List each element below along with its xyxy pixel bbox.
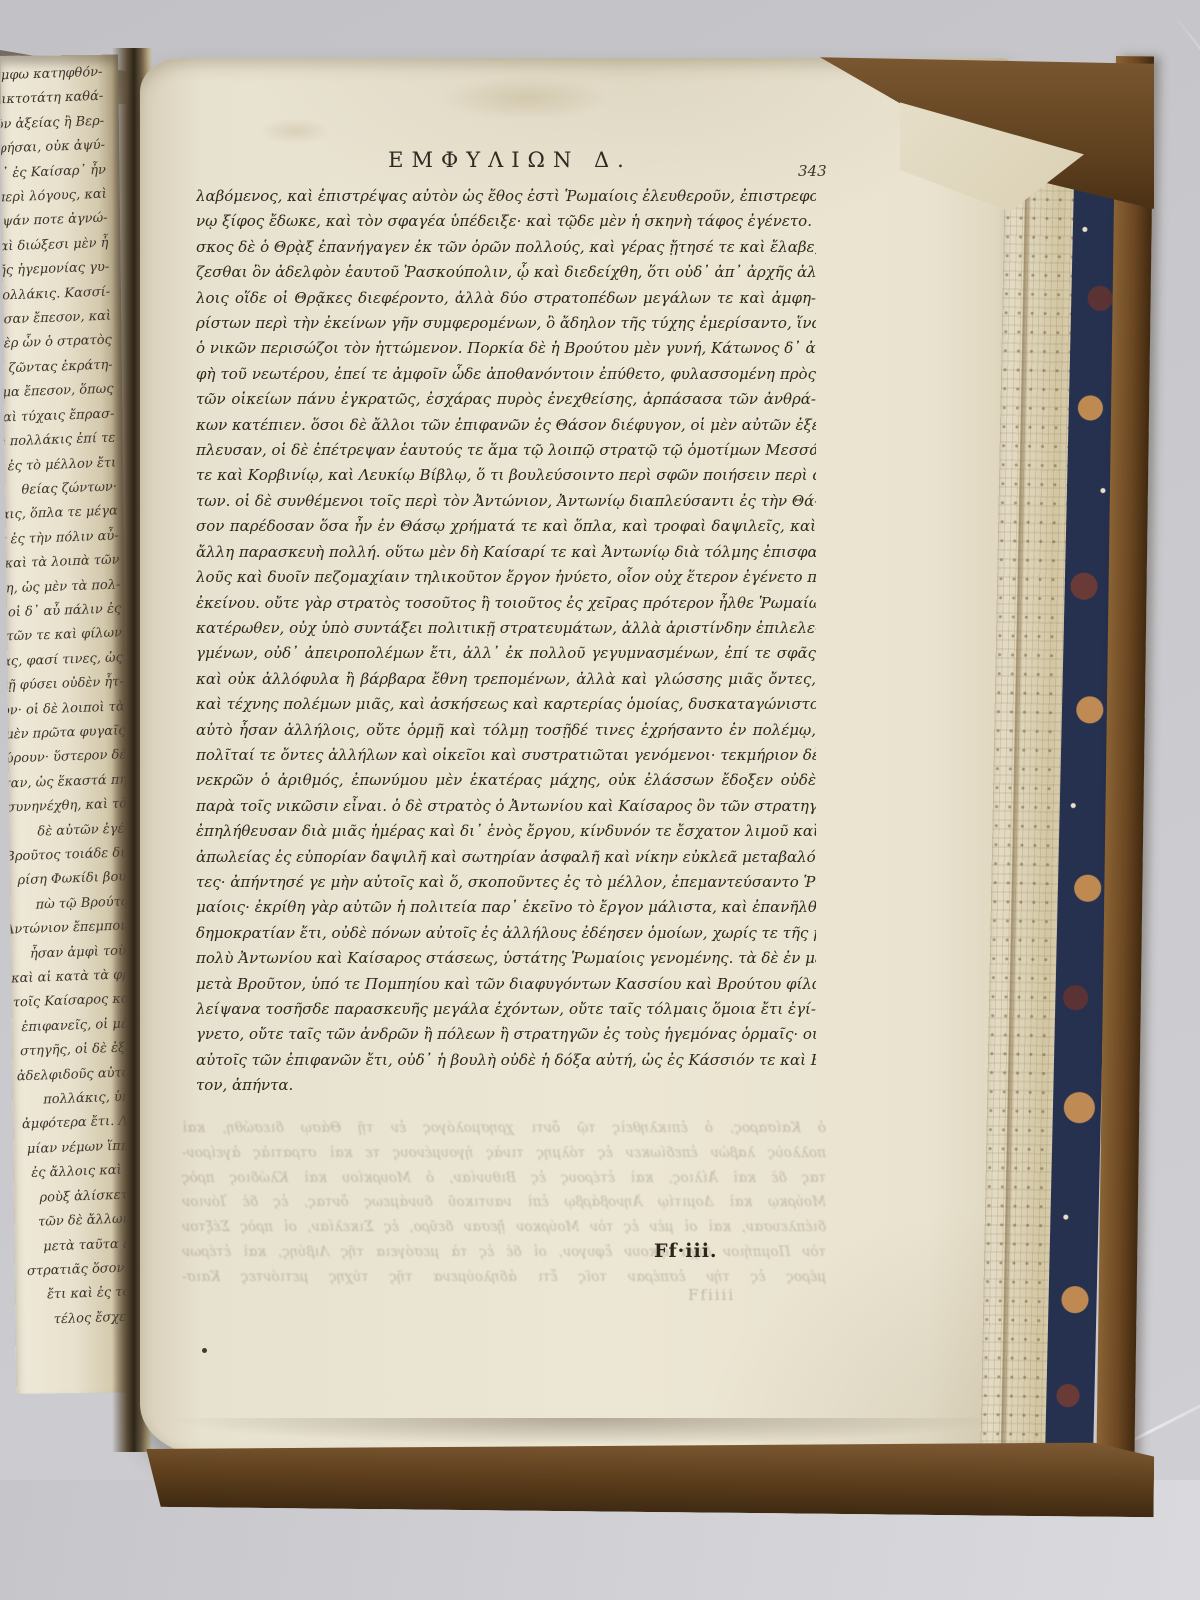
text-line: μετὰ Βροῦτον, ὑπό τε Πομπηίου καὶ τῶν δι… (196, 972, 816, 997)
text-line: τῶν οἰκείων πάνυ ἐγκρατῶς, ἐσχάρας πυρὸς… (196, 387, 816, 412)
text-line: ἐκείνου. οὔτε γὰρ στρατὸς τοσοῦτος ἢ τοι… (196, 591, 816, 616)
text-line: ρίστων περὶ τὴν ἐκείνων γῆν συμφερομένων… (196, 311, 816, 336)
text-line: σκος δὲ ὁ Θρᾲξ ἐπανήγαγεν ἐκ τῶν ὀρῶν πο… (196, 235, 816, 260)
ink-speck (202, 1348, 207, 1353)
text-line: πολῖταί τε ὄντες ἀλλήλων καὶ οἰκεῖοι καὶ… (196, 743, 816, 768)
show-through-text: ὁ Καίσαρος, ὁ ἐπικληθεὶς τῷ ὄντι χρησμολ… (182, 1116, 826, 1290)
text-line: καὶ οὐκ ἀλλόφυλα ἢ βάρβαρα ἔθνη τρεπομέν… (196, 667, 816, 692)
text-line: ἐπηλήθευσαν διὰ μιᾶς ἡμέρας καὶ δι᾽ ἑνὸς… (196, 819, 816, 844)
text-line: τον, ἀπήντα. (196, 1073, 816, 1098)
wall-scratch (1172, 13, 1200, 109)
running-header: ΕΜΦΥΛΙΩΝ Δ. (330, 148, 690, 172)
text-line: καὶ τέχνης πολέμων μιᾶς, καὶ ἀσκήσεως κα… (196, 692, 816, 717)
show-through-line: διέπλευσαν, καὶ οἱ μὲν ἐς τὸν Μούρκον ᾔε… (182, 1215, 826, 1240)
text-line: πλευσαν, οἱ δὲ ἐπέτρεψαν ἑαυτούς τε ἅμα … (196, 438, 816, 463)
text-line: γμένων, οὐδ᾽ ἀπειροπολέμων ἔτι, ἀλλ᾽ ἐκ … (196, 641, 816, 666)
show-through-line: πολλοὺς λαβὼν ἐπεδίωκεν ἐς τόλμης τινὰς … (182, 1141, 826, 1166)
text-line: τε καὶ Κορβινίῳ, καὶ Λευκίῳ Βίβλῳ, ὅ τι … (196, 463, 816, 488)
text-line: αὐτοῖς τῶν ἐπιφανῶν ἔτι, οὐδ᾽ ἡ βουλὴ οὐ… (196, 1048, 816, 1073)
text-line: νῳ ξίφος ἔδωκε, καὶ τὸν σφαγέα ὑπέδειξε·… (196, 209, 816, 234)
text-line: μαίοις· ἐκρίθη γὰρ αὐτῶν ἡ πολιτεία παρ᾽… (196, 895, 816, 920)
page-number: 343 (798, 162, 827, 180)
text-line: παρὰ τοῖς νικῶσιν εἶναι. ὁ δὲ στρατὸς ὁ … (196, 794, 816, 819)
show-through-line: ὁ Καίσαρος, ὁ ἐπικληθεὶς τῷ ὄντι χρησμολ… (182, 1116, 826, 1141)
show-through-line: Μούρκῳ καὶ Δομιτίῳ Ἀηνοβάρβῳ ἐπὶ ναυτικο… (182, 1190, 826, 1215)
text-line: ζεσθαι ὃν ἀδελφὸν ἑαυτοῦ Ῥασκούπολιν, ᾧ … (196, 260, 816, 285)
text-line: λοις οἵδε οἱ Θρᾷκες διεφέροντο, ἀλλὰ δύο… (196, 286, 816, 311)
photo-of-open-book: θὰ, ἄμφω κατηφθόν-ας ἀμικτοτάτη καθά-μῶν… (0, 0, 1200, 1600)
text-line: λοῦς καὶ δυοῖν πεζομαχίαιν τηλικοῦτον ἔρ… (196, 565, 816, 590)
greek-body-text: λαβόμενος, καὶ ἐπιστρέψας αὐτὸν ὡς ἔθος … (196, 184, 816, 1099)
text-line: φὴ τοῦ νεωτέρου, ἐπεί τε ἀμφοῖν ὧδε ἀποθ… (196, 362, 816, 387)
text-line: νεκρῶν ὁ ἀριθμός, ἐπωνύμου μὲν ἑκατέρας … (196, 768, 816, 793)
show-through-line: τας δὲ καὶ Ἀίλιος, καὶ ἑτέρους ἐς Βιθυνί… (182, 1166, 826, 1191)
text-line: τες· ἀπήντησέ γε μὴν αὐτοῖς καὶ ὅ, σκοπο… (196, 870, 816, 895)
text-line: αὐτὸ ἦσαν ἀλλήλοις, οὔτε ὁρμῇ καὶ τόλμῃ … (196, 718, 816, 743)
text-line: κων κατέπιεν. ὅσοι δὲ ἄλλοι τῶν ἐπιφανῶν… (196, 413, 816, 438)
text-line: γνετο, οὔτε ταῖς τῶν ἀνδρῶν ἢ πόλεων ἢ σ… (196, 1022, 816, 1047)
text-line: ἄλλη παρασκευὴ πολλή. οὕτω μὲν δὴ Καίσαρ… (196, 540, 816, 565)
page-header-row: ΕΜΦΥΛΙΩΝ Δ. 343 (200, 148, 820, 182)
paper-stain (260, 118, 330, 144)
text-line: δημοκρατίαν ἔτι, οὐδὲ πόνων αὐτοῖς ἐς ἀλ… (196, 921, 816, 946)
text-line: κατέρωθεν, οὐχ ὑπὸ συντάξει πολιτικῇ στρ… (196, 616, 816, 641)
signature-show-through: Ffiiii (688, 1286, 735, 1304)
text-line: σον παρέδοσαν ὅσα ἦν ἐν Θάσῳ χρήματά τε … (196, 514, 816, 539)
signature-mark: Ff·iii. (654, 1240, 718, 1262)
text-line: ἀπωλείας ἐς εὐπορίαν δαψιλῆ καὶ σωτηρίαν… (196, 845, 816, 870)
show-through-line: τὸν Πομπήιον δίχα ᾤκουν ἔφυγον, οἱ δὲ ἐς… (182, 1240, 826, 1265)
book-page-recto: ΕΜΦΥΛΙΩΝ Δ. 343 λαβόμενος, καὶ ἐπιστρέψα… (140, 58, 1014, 1456)
text-line: των. οἱ δὲ συνθέμενοι τοῖς περὶ τὸν Ἀντώ… (196, 489, 816, 514)
text-line: λαβόμενος, καὶ ἐπιστρέψας αὐτὸν ὡς ἔθος … (196, 184, 816, 209)
paper-stain (440, 76, 610, 120)
text-line: πολὺ Ἀντωνίου καὶ Καίσαρος στάσεως, ὑστά… (196, 946, 816, 971)
text-line: ὁ νικῶν περισώζοι τὸν ἡττώμενον. Πορκία … (196, 336, 816, 361)
text-line: λείψανα τοσῆσδε παρασκευῆς μεγάλα ἐχόντω… (196, 997, 816, 1022)
